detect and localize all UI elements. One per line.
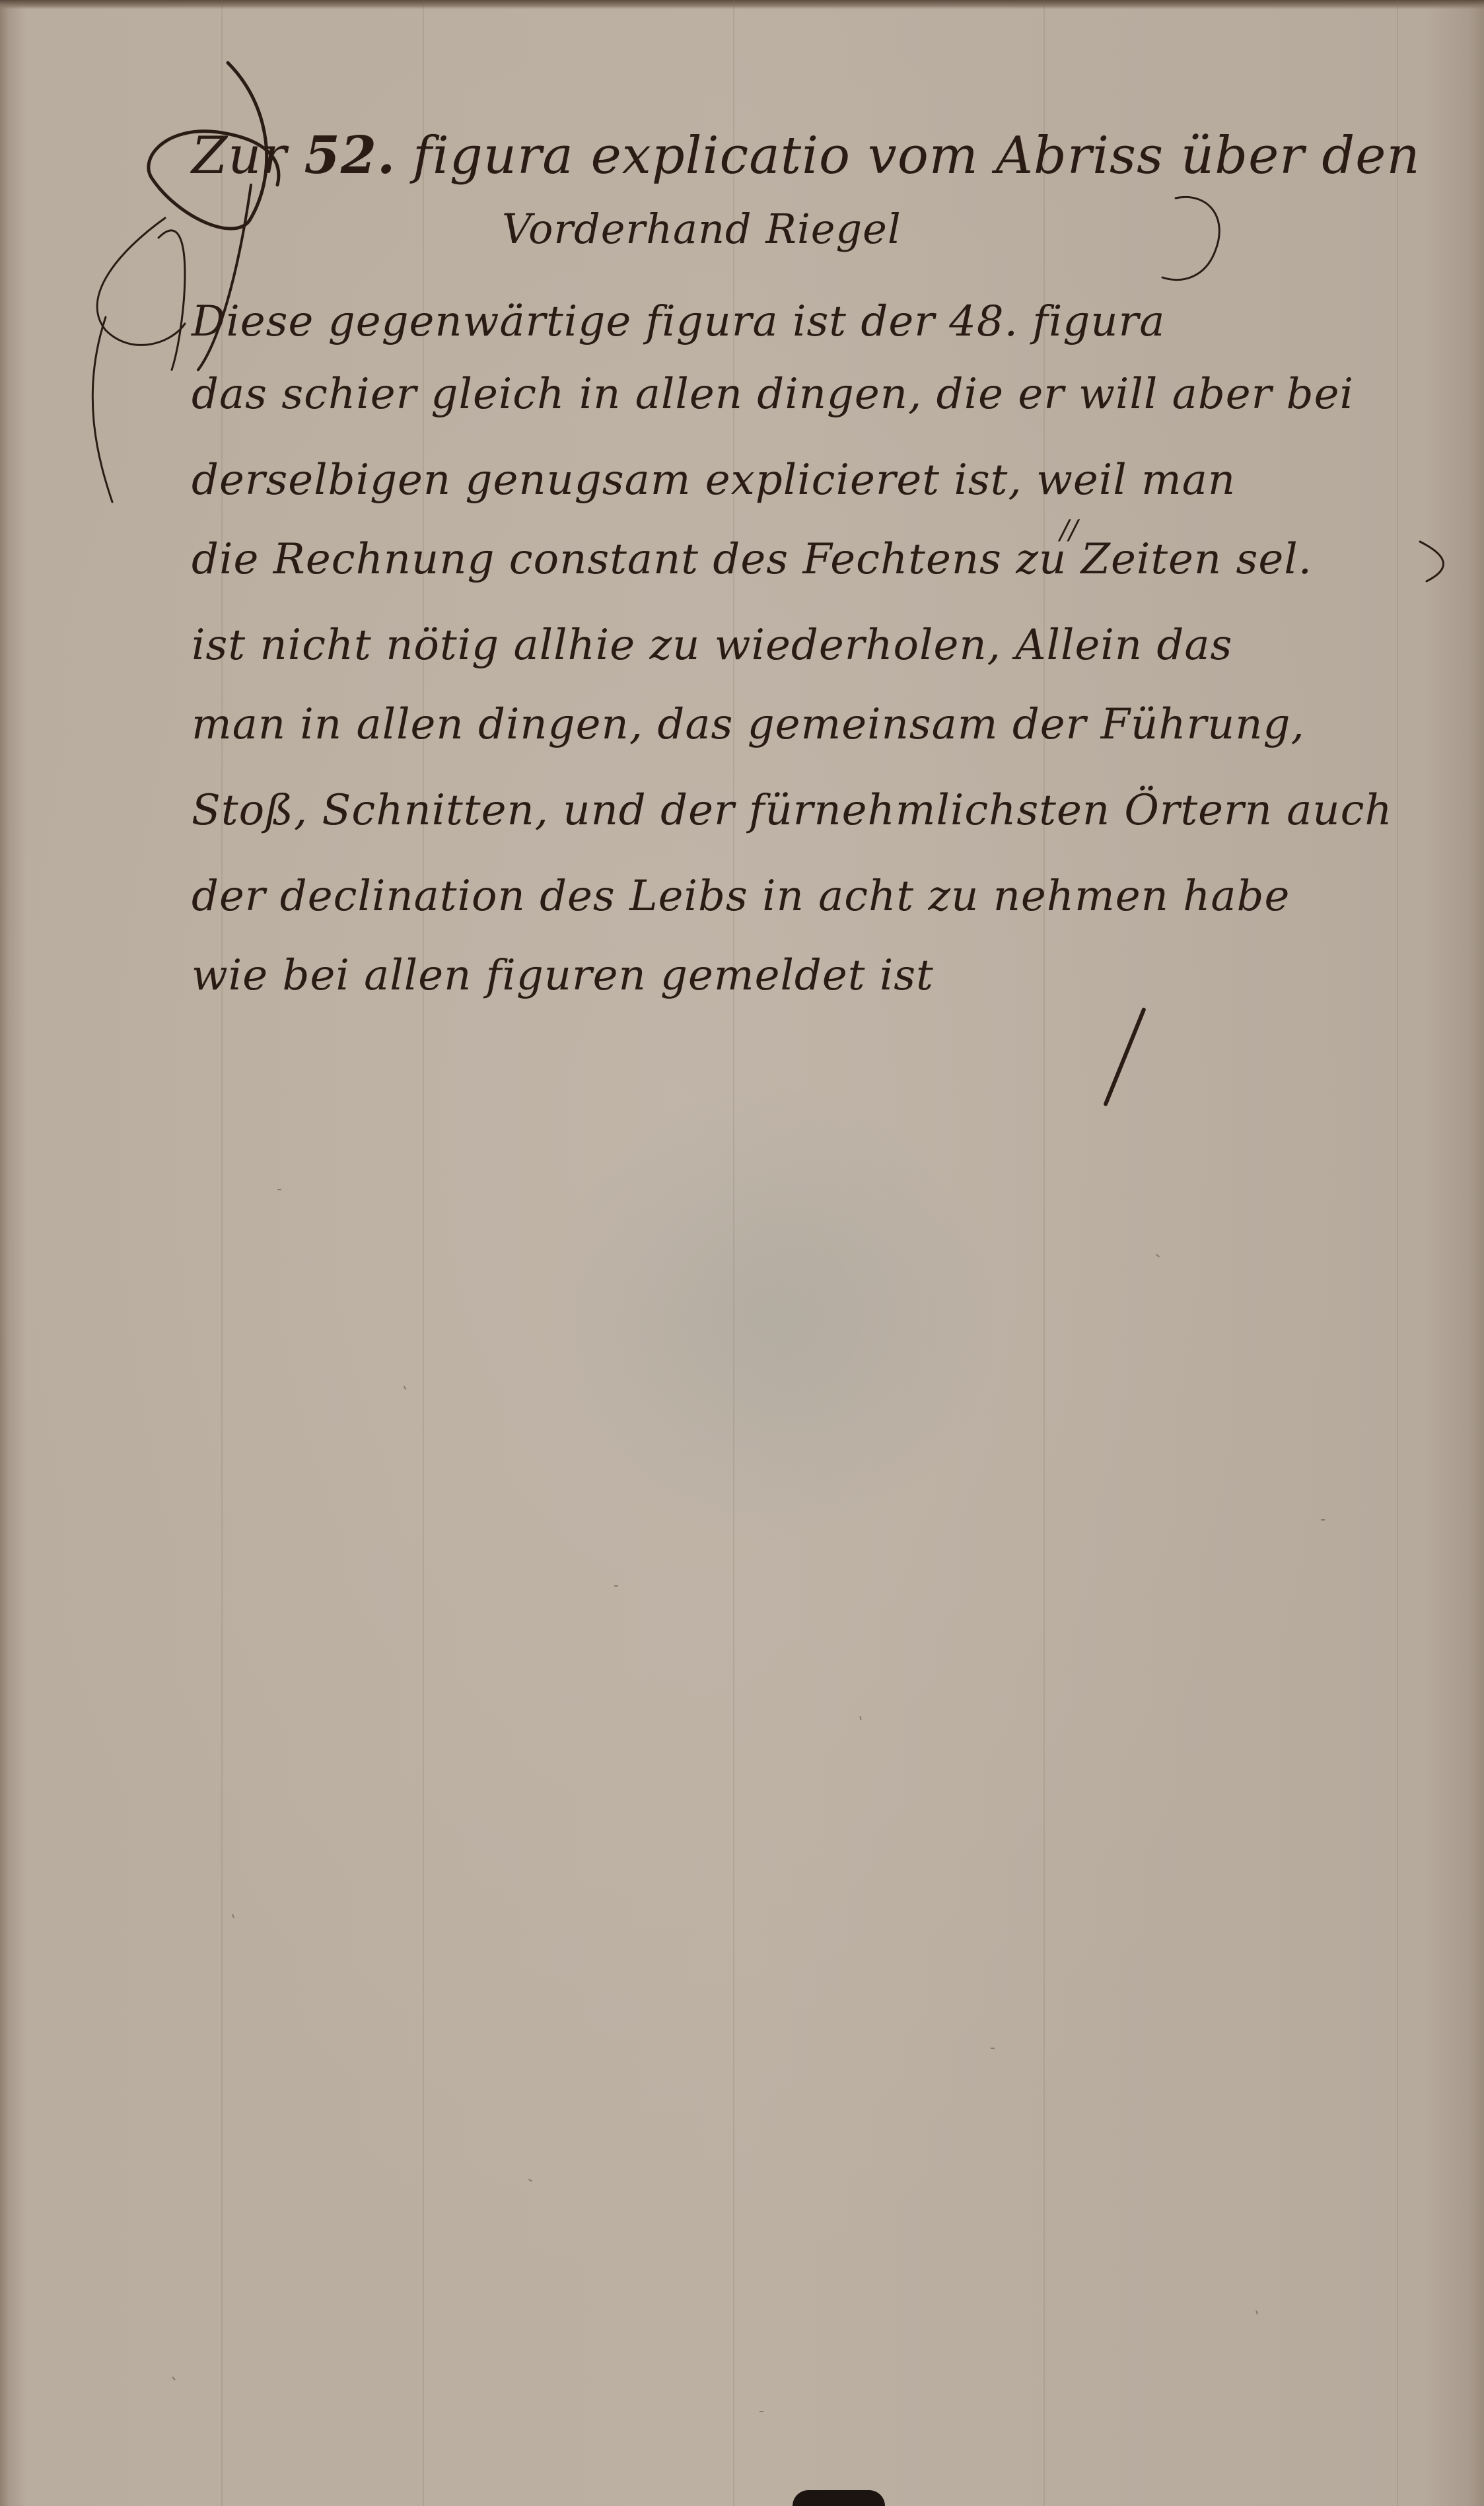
body-line: Stoß, Schnitten, und der fürnehmlichsten…: [192, 786, 1393, 835]
body-line: man in allen dingen, das gemeinsam der F…: [192, 700, 1305, 749]
body-line: der declination des Leibs in acht zu neh…: [192, 872, 1290, 921]
page-heading: Zur 52. figura explicatio vom Abriss übe…: [192, 125, 1421, 186]
end-mark-stroke: [1103, 1007, 1147, 1107]
figure-number: 52.: [304, 125, 396, 186]
body-line: die Rechnung constant des Fechtens zu Ze…: [192, 535, 1312, 584]
manuscript-page: Zur 52. figura explicatio vom Abriss übe…: [0, 0, 1484, 2506]
ink-bleed-through: [542, 1083, 1004, 1546]
body-line: ist nicht nötig allhie zu wiederholen, A…: [192, 621, 1232, 670]
page-top-edge: [0, 0, 1484, 9]
body-line: das schier gleich in allen dingen, die e…: [192, 370, 1354, 419]
heading-continuation: Vorderhand Riegel: [502, 205, 901, 253]
body-line: Diese gegenwärtige figura ist der 48. fi…: [192, 297, 1165, 346]
heading-prefix: Zur: [192, 126, 287, 186]
body-line: wie bei allen figuren gemeldet ist: [192, 951, 934, 1000]
body-line: derselbigen genugsam explicieret ist, we…: [192, 456, 1236, 505]
paper-chain-line: [1397, 0, 1398, 2506]
page-bottom-shadow: [793, 2490, 885, 2506]
heading-text: figura explicatio vom Abriss über den: [413, 126, 1421, 186]
